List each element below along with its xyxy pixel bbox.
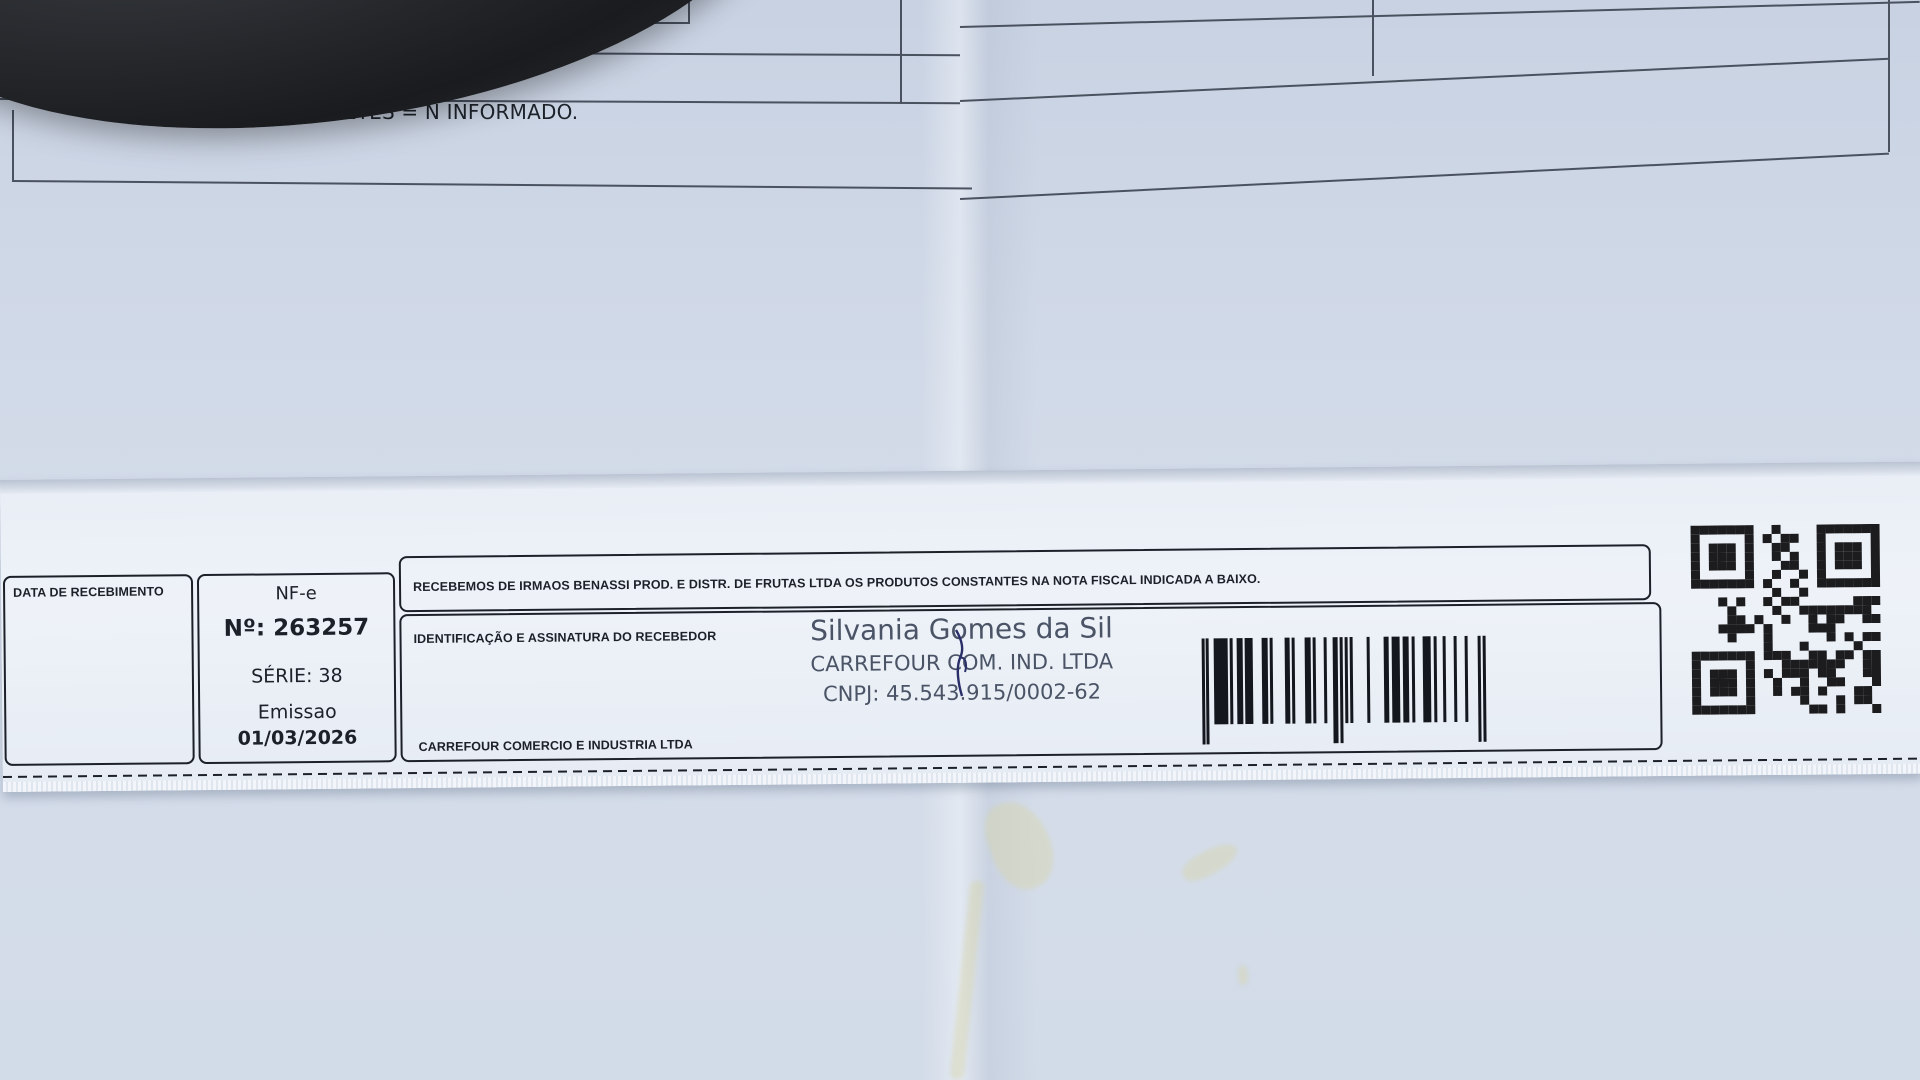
nfe-title: NF-e [199, 582, 393, 605]
form-rule [688, 0, 690, 24]
receipt-strip: DATA DE RECEBIMENTO NF-e Nº: 263257 SÉRI… [0, 462, 1920, 792]
form-rule [1888, 0, 1890, 152]
signature-box[interactable]: IDENTIFICAÇÃO E ASSINATURA DO RECEBEDOR … [399, 602, 1662, 762]
barcode-icon [1202, 636, 1487, 749]
dark-object-corner [0, 0, 802, 181]
liquid-stain [976, 792, 1063, 897]
form-rule [960, 1, 1920, 28]
receipt-date-label: DATA DE RECEBIMENTO [13, 584, 164, 599]
declaration-text: RECEBEMOS DE IRMAOS BENASSI PROD. E DIST… [413, 572, 1261, 594]
form-rule [900, 0, 902, 104]
liquid-stain [1238, 965, 1248, 985]
nfe-info-box: NF-e Nº: 263257 SÉRIE: 38 Emissao 01/03/… [197, 572, 397, 764]
nfe-series: SÉRIE: 38 [200, 664, 394, 688]
liquid-stain [950, 880, 985, 1080]
signature-label: IDENTIFICAÇÃO E ASSINATURA DO RECEBEDOR [413, 629, 716, 646]
qr-code-icon [1691, 524, 1882, 715]
recipient-company: CARREFOUR COMERCIO E INDUSTRIA LTDA [419, 737, 693, 754]
nfe-issue-label: Emissao [200, 700, 394, 724]
form-rule [960, 58, 1889, 102]
form-rule [960, 153, 1889, 200]
liquid-stain [1178, 837, 1242, 888]
pen-signature-mark [952, 628, 970, 698]
nfe-number: Nº: 263257 [199, 614, 393, 642]
nfe-issue-date: 01/03/2026 [200, 726, 394, 750]
receipt-date-box[interactable]: DATA DE RECEBIMENTO [3, 574, 195, 766]
form-rule [12, 180, 972, 190]
form-rule [1372, 0, 1374, 76]
declaration-box: RECEBEMOS DE IRMAOS BENASSI PROD. E DIST… [399, 544, 1651, 612]
form-rule [12, 110, 14, 180]
